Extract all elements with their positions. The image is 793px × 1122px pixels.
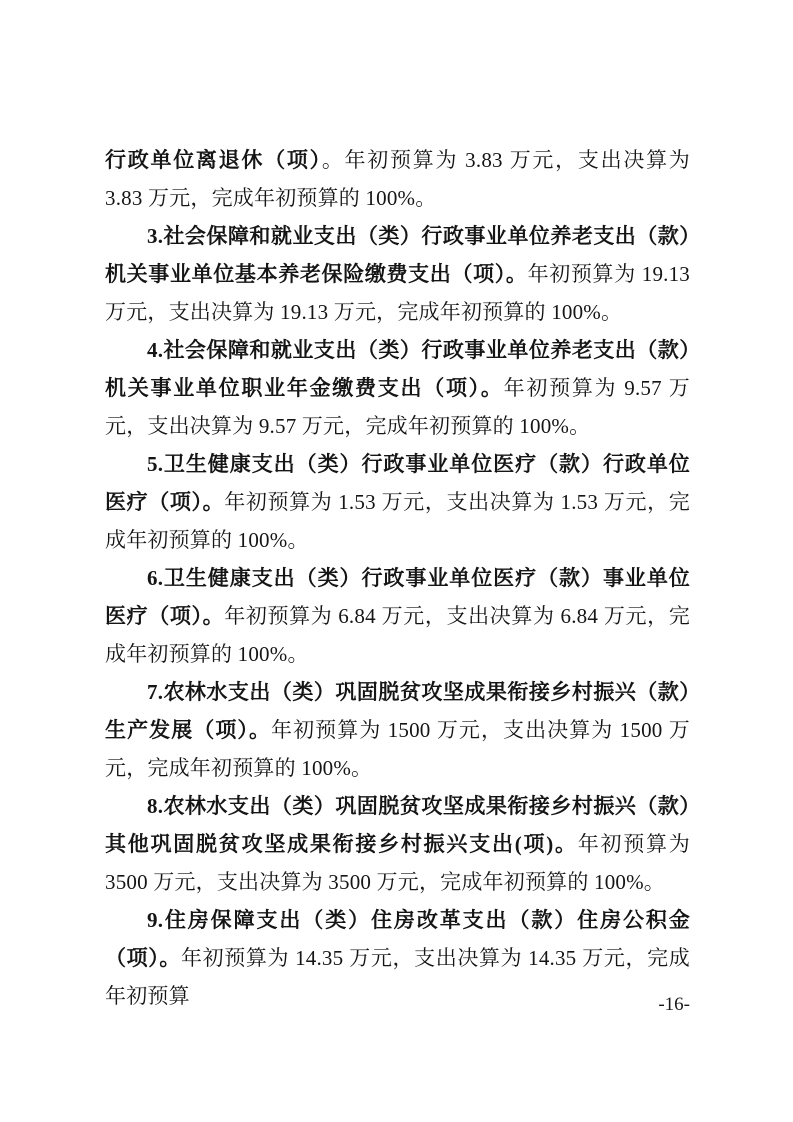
paragraph-item-6: 6.卫生健康支出（类）行政事业单位医疗（款）事业单位医疗（项）。年初预算为 6.… <box>105 559 690 673</box>
paragraph-item-8: 8.农林水支出（类）巩固脱贫攻坚成果衔接乡村振兴（款）其他巩固脱贫攻坚成果衔接乡… <box>105 787 690 901</box>
paragraph-item-3: 3.社会保障和就业支出（类）行政事业单位养老支出（款）机关事业单位基本养老保险缴… <box>105 217 690 331</box>
page-number: -16- <box>105 991 690 1019</box>
paragraph-item-5: 5.卫生健康支出（类）行政事业单位医疗（款）行政单位医疗（项）。年初预算为 1.… <box>105 445 690 559</box>
paragraph-item-7: 7.农林水支出（类）巩固脱贫攻坚成果衔接乡村振兴（款）生产发展（项）。年初预算为… <box>105 673 690 787</box>
paragraph-continuation: 行政单位离退休（项）。年初预算为 3.83 万元，支出决算为 3.83 万元，完… <box>105 141 690 217</box>
document-page: 行政单位离退休（项）。年初预算为 3.83 万元，支出决算为 3.83 万元，完… <box>0 0 793 1122</box>
document-body: 行政单位离退休（项）。年初预算为 3.83 万元，支出决算为 3.83 万元，完… <box>105 141 690 1015</box>
paragraph-heading: 行政单位离退休（项） <box>105 148 322 172</box>
paragraph-item-4: 4.社会保障和就业支出（类）行政事业单位养老支出（款）机关事业单位职业年金缴费支… <box>105 331 690 445</box>
